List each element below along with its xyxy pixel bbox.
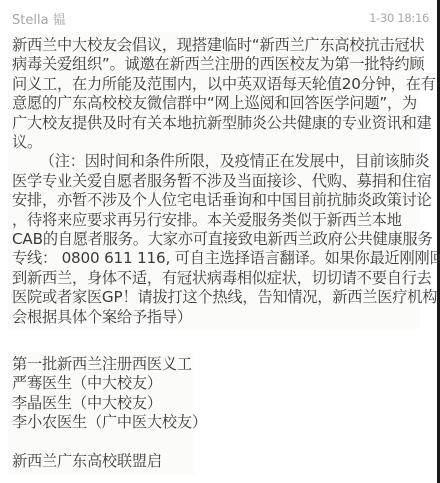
body-line: 议。	[12, 133, 420, 152]
note-line: 安排，亦暂不涉及个人位宅电话垂询和中国目前抗肺炎政策讨论	[12, 191, 420, 210]
volunteer-doctor: 李小农医生（广中医大校友）	[12, 413, 194, 432]
note-line: 到新西兰，身体不适，有冠状病毒相似症状，切切请不要自行去	[12, 269, 420, 288]
note-line: 医学专业关爱自愿者服务暂不涉及当面接诊、代购、募捐和住宿	[12, 172, 420, 191]
hotline-line: 专线： 0800 611 116, 可自主选择语言翻译。如果你最近刚刚回	[12, 249, 420, 268]
chat-message-panel: Stella 韫 1-30 18:16 新西兰中大校友会倡议，现搭建临时“新西兰…	[0, 0, 440, 483]
volunteer-list: 第一批新西兰注册西医义工 严骞医生（中大校友） 李晶医生（中大校友） 李小农医生…	[8, 352, 194, 475]
sender-name[interactable]: Stella 韫	[12, 9, 66, 28]
spacer	[12, 433, 194, 452]
signature: 新西兰广东高校联盟启	[12, 452, 194, 471]
body-line: 问义工，在力所能及范围内，以中英双语每天轮值20分钟，在有	[12, 75, 420, 94]
note-line: ，待将来应要求再另行安排。本关爱服务类似于新西兰本地	[12, 211, 420, 230]
message-header: Stella 韫 1-30 18:16	[12, 9, 429, 27]
note-line: 会根据具体个案给予指导）	[12, 308, 420, 327]
message-timestamp: 1-30 18:16	[369, 11, 429, 25]
volunteer-doctor: 严骞医生（中大校友）	[12, 374, 194, 393]
body-line: 病毒关爱组织”。诚邀在新西兰注册的西医校友为第一批特约顾	[12, 55, 420, 74]
volunteer-doctor: 李晶医生（中大校友）	[12, 394, 194, 413]
body-line: 意愿的广东高校校友微信群中“网上巡阅和回答医学问题”，为	[12, 94, 420, 113]
volunteer-heading: 第一批新西兰注册西医义工	[12, 355, 194, 374]
message-body: 新西兰中大校友会倡议，现搭建临时“新西兰广东高校抗击冠状 病毒关爱组织”。诚邀在…	[8, 32, 420, 329]
note-line: （注：因时间和条件所限，及疫情正在发展中，目前该肺炎	[12, 152, 420, 171]
note-line: 医院或者家医GP！请拔打这个热线，告知情况，新西兰医疗机构	[12, 288, 420, 307]
body-line: 新西兰中大校友会倡议，现搭建临时“新西兰广东高校抗击冠状	[12, 36, 420, 55]
note-line: CAB的自愿者服务。大家亦可直接致电新西兰政府公共健康服务	[12, 230, 420, 249]
body-line: 广大校友提供及时有关本地抗新型肺炎公共健康的专业资讯和建	[12, 114, 420, 133]
